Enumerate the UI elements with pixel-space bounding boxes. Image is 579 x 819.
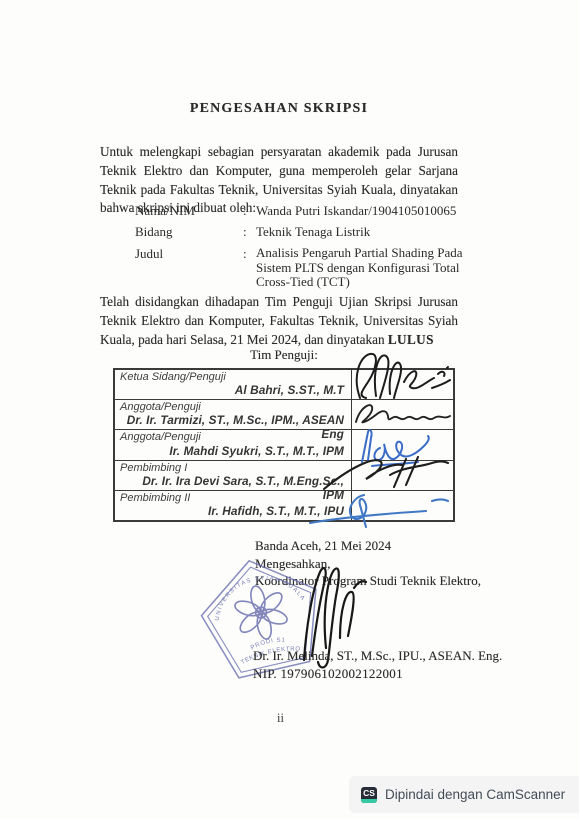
detail-value: Wanda Putri Iskandar/1904105010065 — [256, 204, 465, 219]
signature-cell — [352, 491, 453, 520]
decision-result: LULUS — [388, 332, 434, 347]
detail-colon: : — [243, 246, 256, 290]
table-row: Ketua Sidang/Penguji Al Bahri, S.ST., M.… — [115, 370, 453, 400]
detail-label: Judul — [135, 246, 243, 290]
examiner-role: Anggota/Penguji — [120, 431, 344, 443]
table-row: Anggota/Penguji Ir. Mahdi Syukri, S.T., … — [115, 430, 453, 460]
detail-row-bidang: Bidang : Teknik Tenaga Listrik — [135, 225, 465, 240]
signature-cell — [352, 370, 453, 399]
examiner-signature-table: Ketua Sidang/Penguji Al Bahri, S.ST., M.… — [113, 368, 455, 522]
signature-tarmizi — [350, 396, 456, 434]
decision-paragraph: Telah disidangkan dihadapan Tim Penguji … — [100, 293, 458, 349]
scanned-thesis-approval-page: PENGESAHAN SKRIPSI Untuk melengkapi seba… — [0, 0, 579, 819]
cs-icon-accent-strip — [361, 799, 377, 802]
table-row: Anggota/Penguji Dr. Ir. Tarmizi, ST., M.… — [115, 400, 453, 430]
table-row: Pembimbing I Dr. Ir. Ira Devi Sara, S.T.… — [115, 461, 453, 491]
detail-row-nama: Nama/NIM : Wanda Putri Iskandar/19041050… — [135, 204, 465, 219]
examiner-role: Pembimbing II — [120, 492, 344, 504]
signature-cell — [352, 461, 453, 490]
page-title: PENGESAHAN SKRIPSI — [0, 101, 558, 117]
examiner-cell: Pembimbing II Ir. Hafidh, S.T., M.T., IP… — [115, 491, 352, 520]
examiner-name: Ir. Hafidh, S.T., M.T., IPU — [120, 504, 344, 518]
detail-row-judul: Judul : Analisis Pengaruh Partial Shadin… — [135, 246, 465, 290]
examiner-cell: Ketua Sidang/Penguji Al Bahri, S.ST., M.… — [115, 370, 352, 399]
detail-label: Bidang — [135, 225, 243, 240]
cs-icon-letters: CS — [361, 788, 377, 798]
examiner-role: Pembimbing I — [120, 462, 344, 474]
student-details: Nama/NIM : Wanda Putri Iskandar/19041050… — [135, 204, 465, 296]
detail-label: Nama/NIM — [135, 204, 243, 219]
coordinator-name: Dr. Ir. Melinda, ST., M.Sc., IPU., ASEAN… — [253, 648, 502, 664]
examiner-cell: Anggota/Penguji Ir. Mahdi Syukri, S.T., … — [115, 430, 352, 459]
examiner-name: Al Bahri, S.ST., M.T — [120, 383, 344, 397]
detail-value: Analisis Pengaruh Partial Shading Pada S… — [256, 246, 465, 290]
detail-colon: : — [243, 225, 256, 240]
examiner-cell: Pembimbing I Dr. Ir. Ira Devi Sara, S.T.… — [115, 461, 352, 490]
camscanner-watermark-text: Dipindai dengan CamScanner — [385, 787, 565, 802]
examiner-role: Ketua Sidang/Penguji — [120, 371, 344, 383]
camscanner-cs-icon: CS — [361, 787, 377, 803]
camscanner-watermark: CS Dipindai dengan CamScanner — [349, 776, 579, 813]
examiner-name: Ir. Mahdi Syukri, S.T., M.T., IPM — [120, 444, 344, 458]
examiner-cell: Anggota/Penguji Dr. Ir. Tarmizi, ST., M.… — [115, 400, 352, 429]
detail-value: Teknik Tenaga Listrik — [256, 225, 465, 240]
examiner-role: Anggota/Penguji — [120, 401, 344, 413]
signature-cell — [352, 430, 453, 459]
page-number: ii — [277, 711, 284, 726]
signature-cell — [352, 400, 453, 429]
table-row: Pembimbing II Ir. Hafidh, S.T., M.T., IP… — [115, 491, 453, 520]
committee-heading: Tim Penguji: — [113, 347, 455, 363]
detail-colon: : — [243, 204, 256, 219]
coordinator-nip: NIP. 197906102002122001 — [253, 666, 403, 682]
